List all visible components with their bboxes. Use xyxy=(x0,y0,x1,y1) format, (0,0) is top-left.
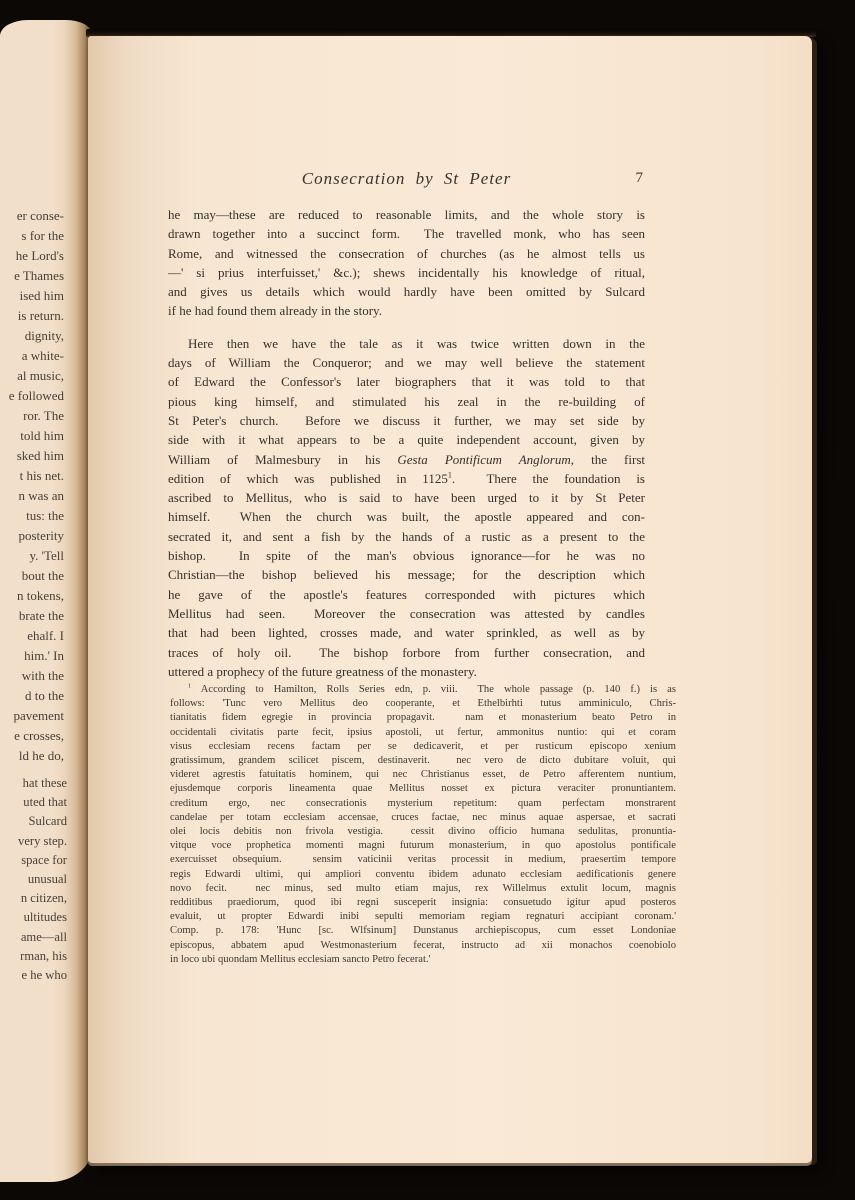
fragment-line: tus: the xyxy=(0,506,64,526)
body-line: that had been lighted, crosses made, and… xyxy=(168,623,645,642)
body-line: side with it what appears to be a quite … xyxy=(168,430,645,449)
fragment-line: e he who xyxy=(0,966,67,985)
paragraph: Here then we have the tale as it was twi… xyxy=(168,334,645,681)
fragment-line: ror. The xyxy=(0,406,64,426)
fragment-line: e crosses, xyxy=(0,726,64,746)
fragment-line: d to the xyxy=(0,686,64,706)
body-line: he may—these are reduced to reasonable l… xyxy=(168,205,645,224)
fragment-line: n was an xyxy=(0,486,64,506)
fragment-line: him.' In xyxy=(0,646,64,666)
left-page-fragments-lower: hat theseuted thatSulcardvery step.space… xyxy=(0,774,67,985)
fragment-line: he Lord's xyxy=(0,246,64,266)
fragment-line: ultitudes xyxy=(0,908,67,927)
body-line: St Peter's church. Before we discuss it … xyxy=(168,411,645,430)
footnote-line: ejusdemque corporis lineamenta quae Mell… xyxy=(170,782,676,796)
footnote-line: episcopus, abbatem apud Westmonasterium … xyxy=(170,939,676,953)
fragment-line: rman, his xyxy=(0,947,67,966)
fragment-line: e Thames xyxy=(0,266,64,286)
running-head-title: Consecration by St Peter xyxy=(168,169,645,189)
footnote-line: visus ecclesiam recens factam per se ded… xyxy=(170,740,676,754)
fragment-line: bout the xyxy=(0,566,64,586)
body-line: edition of which was published in 11251.… xyxy=(168,469,645,488)
body-line: pious king himself, and stimulated his z… xyxy=(168,392,645,411)
footnote-line: evaluit, ut propter Edwardi inibi sepult… xyxy=(170,910,676,924)
fragment-line: a white- xyxy=(0,346,64,366)
body-line: bishop. In spite of the man's obvious ig… xyxy=(168,546,645,565)
footnote-line: exercuisset obsequium. sensim vaticinii … xyxy=(170,853,676,867)
footnote-line: novo fecit. nec minus, sed multo etiam m… xyxy=(170,882,676,896)
fragment-line: ld he do, xyxy=(0,746,64,766)
body-line: secrated it, and sent a fish by the hand… xyxy=(168,527,645,546)
fragment-line: n citizen, xyxy=(0,889,67,908)
body-line: he gave of the apostle's features corres… xyxy=(168,585,645,604)
body-line: —' si prius interfuisset,' &c.); shews i… xyxy=(168,263,645,282)
page-number: 7 xyxy=(636,170,644,187)
body-line: Mellitus had seen. Moreover the consecra… xyxy=(168,604,645,623)
fragment-line: ame—all xyxy=(0,928,67,947)
footnote-line: tianitatis fidem egregie in provincia pr… xyxy=(170,711,676,725)
fragment-line: ised him xyxy=(0,286,64,306)
footnote-line: regis Edwardi ultimi, qui ampliori conve… xyxy=(170,868,676,882)
footnote-line: videret agrestis fatuitatis hominem, qui… xyxy=(170,768,676,782)
body-text: he may—these are reduced to reasonable l… xyxy=(168,205,645,681)
fragment-line: is return. xyxy=(0,306,64,326)
body-line: traces of holy oil. The bishop forbore f… xyxy=(168,643,645,662)
footnote-line: olei locis debitis non frivola vestigia.… xyxy=(170,825,676,839)
footnote-line: follows: 'Tunc vero Mellitus deo coopera… xyxy=(170,697,676,711)
body-line: of Edward the Confessor's later biograph… xyxy=(168,372,645,391)
body-line: days of William the Conqueror; and we ma… xyxy=(168,353,645,372)
fragment-line: n tokens, xyxy=(0,586,64,606)
footnote-line: creditum ergo, nec consecrationis myster… xyxy=(170,797,676,811)
page-header: Consecration by St Peter 7 xyxy=(168,169,645,195)
fragment-line: pavement xyxy=(0,706,64,726)
fragment-line: unusual xyxy=(0,870,67,889)
body-line: himself. When the church was built, the … xyxy=(168,507,645,526)
fragment-line: er conse- xyxy=(0,206,64,226)
fragment-line: Sulcard xyxy=(0,812,67,831)
footnote-line: in loco ubi quondam Mellitus ecclesiam s… xyxy=(170,953,676,967)
fragment-line: told him xyxy=(0,426,64,446)
fragment-line: e followed xyxy=(0,386,64,406)
book-photo: er conse-s for thehe Lord'se Thamesised … xyxy=(0,0,855,1200)
footnote-line: redditibus praediorum, quod ibi regni su… xyxy=(170,896,676,910)
fragment-line: space for xyxy=(0,851,67,870)
fragment-line: s for the xyxy=(0,226,64,246)
fragment-line: ehalf. I xyxy=(0,626,64,646)
fragment-line: sked him xyxy=(0,446,64,466)
fragment-line: hat these xyxy=(0,774,67,793)
footnote-line: vitque voce prophetica momenti magni fut… xyxy=(170,839,676,853)
body-line: drawn together into a succinct form. The… xyxy=(168,224,645,243)
footnote-line: occidentali civitatis parte fecit, ipsiu… xyxy=(170,726,676,740)
body-line: if he had found them already in the stor… xyxy=(168,301,645,320)
body-line: Christian—the bishop believed his messag… xyxy=(168,565,645,584)
footnote-line: 1 According to Hamilton, Rolls Series ed… xyxy=(170,683,676,697)
fragment-line: t his net. xyxy=(0,466,64,486)
body-line: Rome, and witnessed the consecration of … xyxy=(168,244,645,263)
paragraph: he may—these are reduced to reasonable l… xyxy=(168,205,645,321)
body-line: Here then we have the tale as it was twi… xyxy=(168,334,645,353)
fragment-line: al music, xyxy=(0,366,64,386)
footnote-line: gratissimum, grandem scilicet piscem, de… xyxy=(170,754,676,768)
fragment-line: dignity, xyxy=(0,326,64,346)
fragment-line: y. 'Tell xyxy=(0,546,64,566)
body-line: and gives us details which would hardly … xyxy=(168,282,645,301)
body-line: William of Malmesbury in his Gesta Ponti… xyxy=(168,450,645,469)
body-line: uttered a prophecy of the future greatne… xyxy=(168,662,645,681)
footnote-line: candelae per totam ecclesiam accensae, c… xyxy=(170,811,676,825)
fragment-line: with the xyxy=(0,666,64,686)
footnote-line: Comp. p. 178: 'Hunc [sc. Wlfsinum] Dunst… xyxy=(170,924,676,938)
left-page-fragments-upper: er conse-s for thehe Lord'se Thamesised … xyxy=(0,206,64,766)
body-line: ascribed to Mellitus, who is said to hav… xyxy=(168,488,645,507)
fragment-line: very step. xyxy=(0,832,67,851)
fragment-line: brate the xyxy=(0,606,64,626)
fragment-line: posterity xyxy=(0,526,64,546)
fragment-line: uted that xyxy=(0,793,67,812)
footnote: 1 According to Hamilton, Rolls Series ed… xyxy=(170,683,676,967)
